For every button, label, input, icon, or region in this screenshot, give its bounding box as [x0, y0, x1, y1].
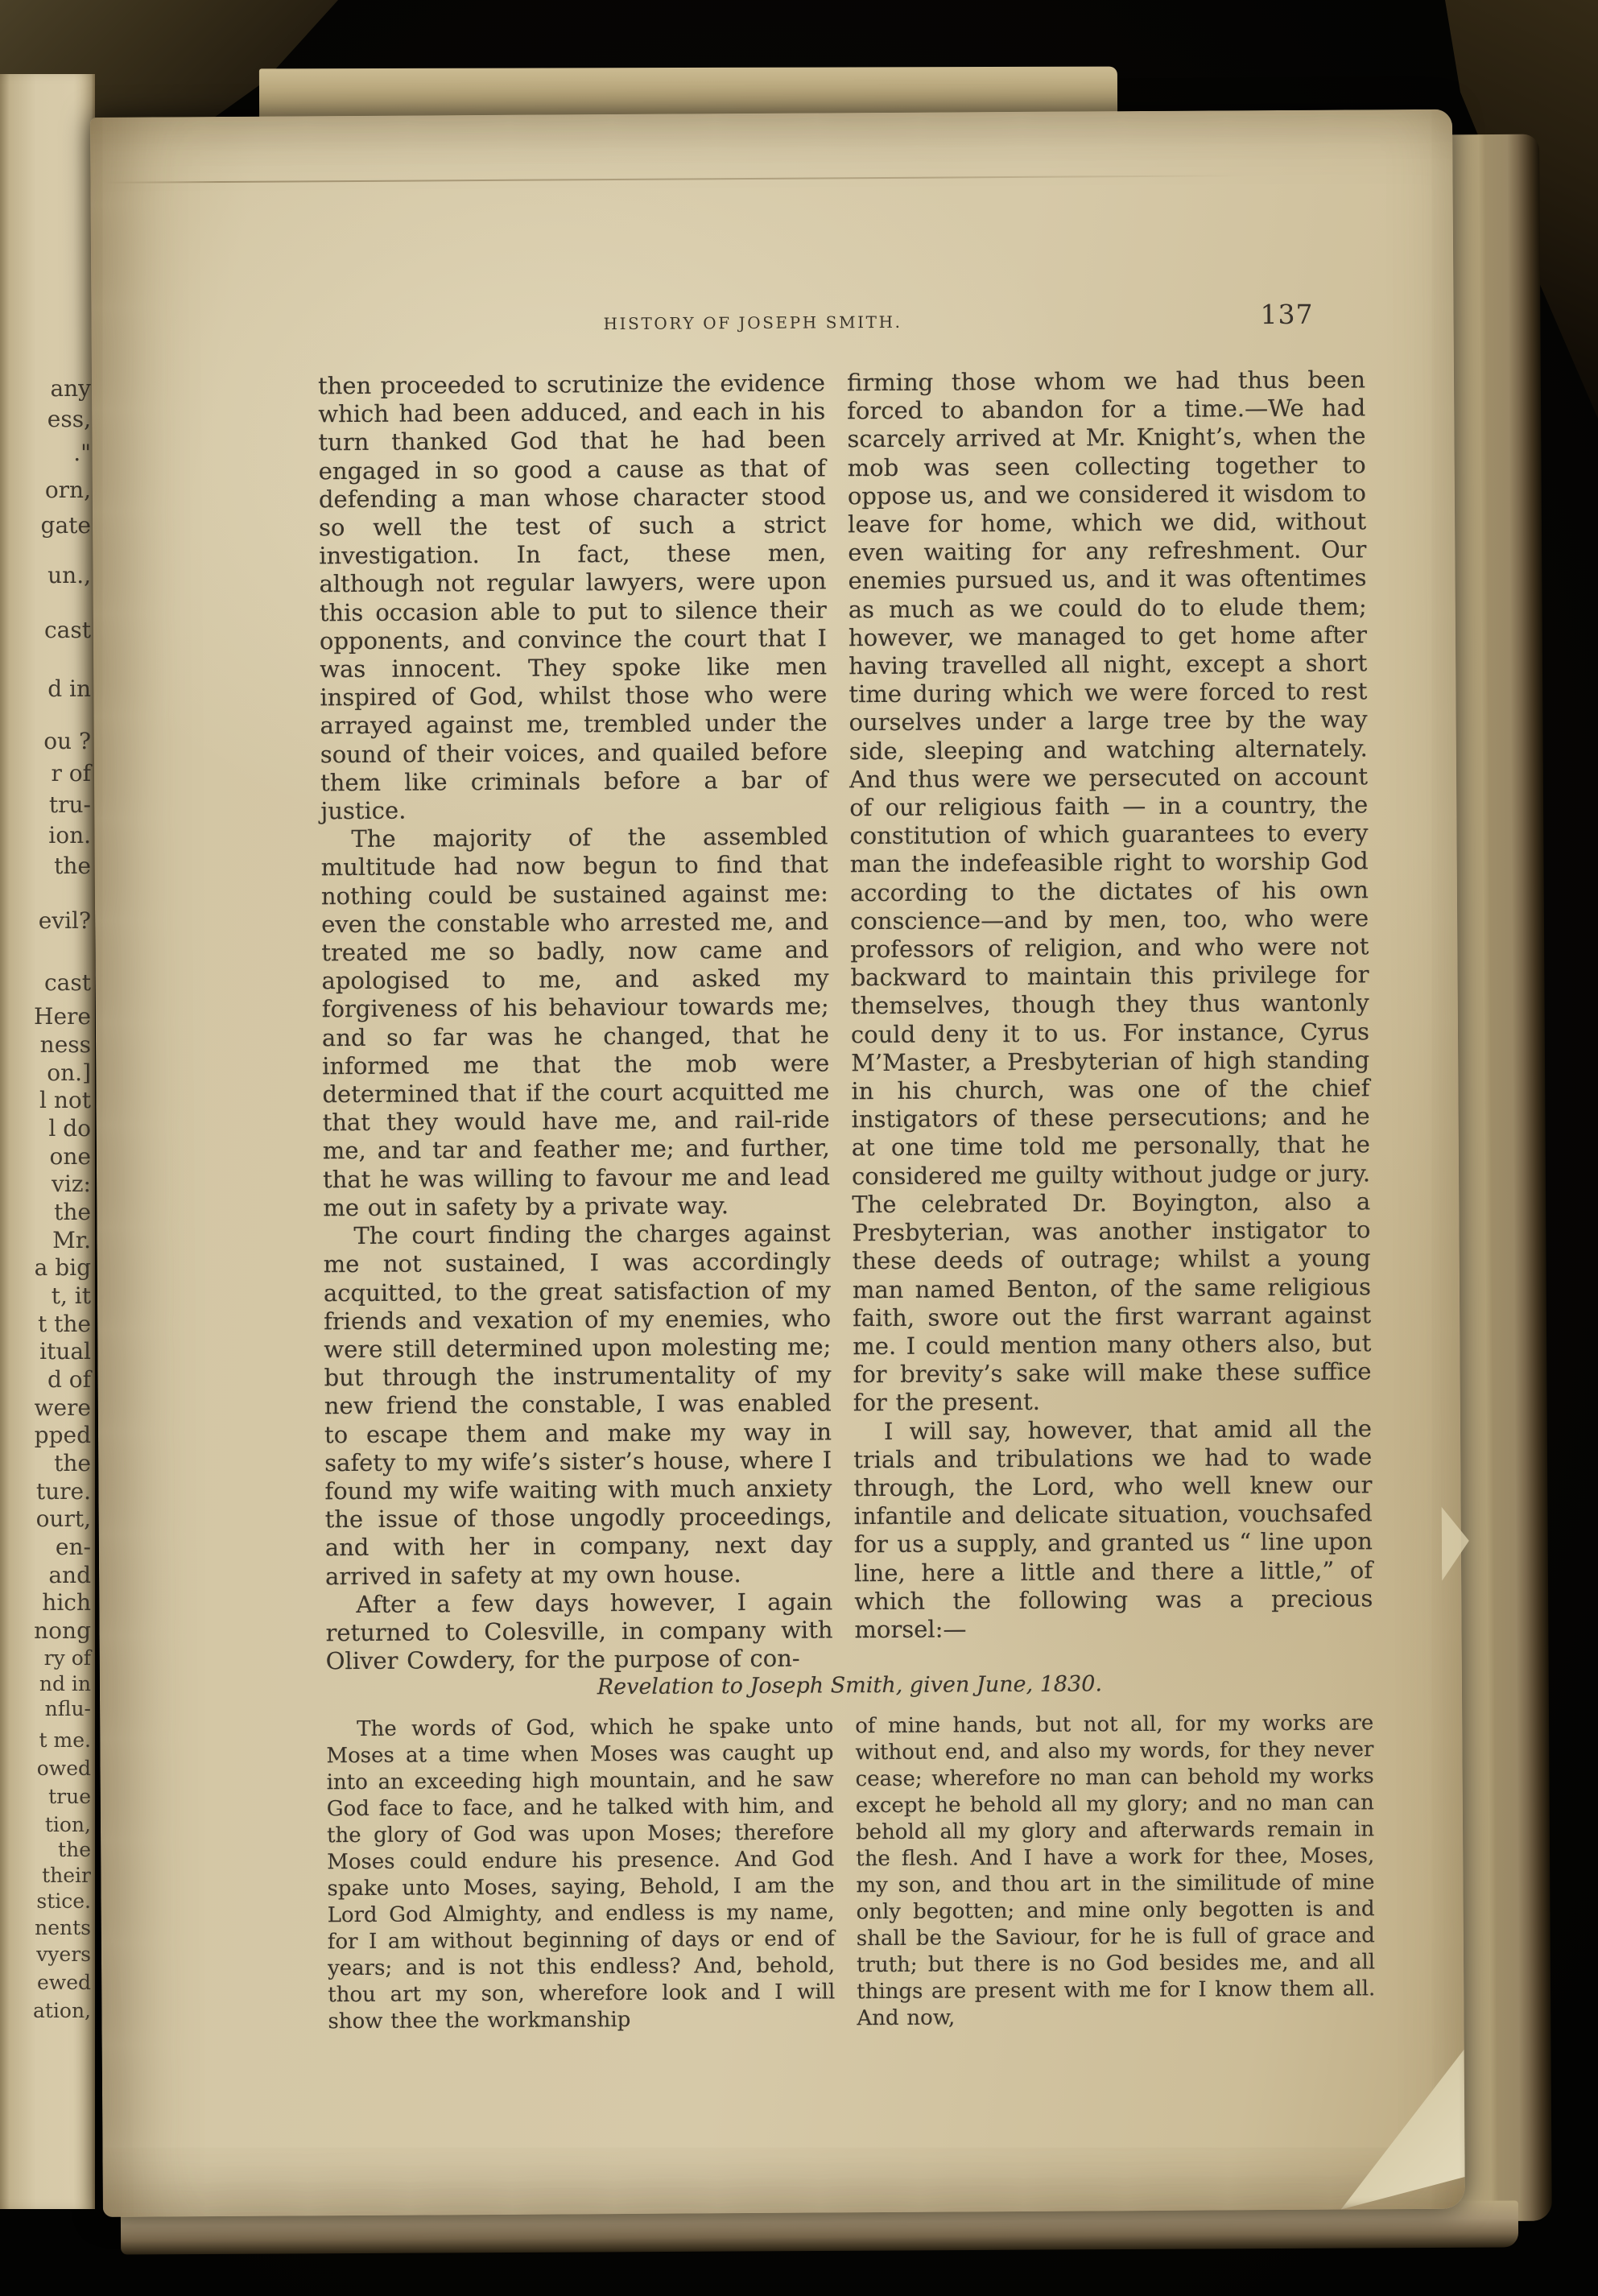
previous-page-text-fragment: the: [0, 1838, 95, 1862]
previous-page-text-fragment: a big: [0, 1256, 95, 1280]
previous-page-text-fragment: cast: [0, 971, 95, 995]
paragraph: I will say, however, that amid all the t…: [853, 1414, 1373, 1645]
previous-page-text-fragment: true: [0, 1785, 95, 1809]
previous-page-text-fragment: Mr.: [0, 1229, 95, 1253]
previous-page-text-fragment: ourt,: [0, 1507, 95, 1531]
page-number: 137: [1260, 299, 1313, 330]
previous-page-text-fragment: d in: [0, 677, 95, 701]
previous-page-text-fragment: ation,: [0, 1999, 95, 2023]
previous-page-text-fragment: vyers: [0, 1943, 95, 1967]
previous-page-text-fragment: and: [0, 1563, 95, 1588]
previous-page-text-fragment: cast: [0, 618, 95, 642]
page-corner-fold: [1332, 2050, 1465, 2210]
previous-page-text-fragment: orn,: [0, 478, 95, 502]
revelation-right-column: of mine hands, but not all, for my works…: [855, 1710, 1375, 2032]
previous-page-text-fragment: tru-: [0, 793, 95, 817]
revelation-heading: Revelation to Joseph Smith, given June, …: [326, 1670, 1373, 1701]
previous-page-text-fragment: .": [0, 441, 95, 465]
revelation-left-column: The words of God, which he spake unto Mo…: [326, 1713, 835, 2035]
previous-page-text-fragment: r of: [0, 762, 95, 786]
previous-page-text-fragment: itual: [0, 1340, 95, 1364]
paragraph: The words of God, which he spake unto Mo…: [326, 1713, 835, 2035]
previous-page-text-fragment: ou ?: [0, 729, 95, 754]
book-photo: { "page": { "running_header": "HISTORY O…: [0, 0, 1598, 2296]
previous-page-text-fragment: Here: [0, 1005, 95, 1029]
previous-page-text-fragment: ess,: [0, 407, 95, 432]
paragraph: of mine hands, but not all, for my works…: [855, 1710, 1375, 2032]
previous-page-text-fragment: the: [0, 1200, 95, 1224]
body-left-column: then proceeded to scrutinize the evidenc…: [318, 369, 833, 1675]
previous-page-text-fragment: d of: [0, 1368, 95, 1392]
previous-page-text-fragment: tion,: [0, 1813, 95, 1837]
previous-page-text-fragment: nong: [0, 1619, 95, 1643]
paragraph: firming those whom we had thus been forc…: [847, 365, 1372, 1417]
previous-page-edge: anyess,."orn,gateun.,castd inou ?r oftru…: [0, 74, 95, 2209]
previous-page-text-fragment: t the: [0, 1312, 95, 1336]
previous-page-text-fragment: their: [0, 1864, 95, 1888]
previous-page-text-fragment: ry of: [0, 1646, 95, 1670]
paragraph: then proceeded to scrutinize the evidenc…: [318, 369, 828, 825]
running-header: HISTORY OF JOSEPH SMITH.: [604, 312, 902, 333]
previous-page-text-fragment: any: [0, 377, 95, 401]
previous-page-text-fragment: pped: [0, 1423, 95, 1447]
previous-page-text-fragment: viz:: [0, 1172, 95, 1196]
paragraph: The court finding the charges against me…: [323, 1220, 832, 1591]
previous-page-text-fragment: ion.: [0, 824, 95, 848]
body-right-column: firming those whom we had thus been forc…: [847, 365, 1373, 1644]
previous-page-text-fragment: l not: [0, 1088, 95, 1113]
paragraph: The majority of the assembled multitude …: [320, 823, 830, 1223]
paragraph: After a few days however, I again return…: [325, 1588, 833, 1675]
previous-page-text-fragment: nflu-: [0, 1697, 95, 1721]
previous-page-text-fragment: ness: [0, 1033, 95, 1057]
previous-page-text-fragment: ture.: [0, 1480, 95, 1504]
previous-page-text-fragment: t, it: [0, 1284, 95, 1308]
book-page: HISTORY OF JOSEPH SMITH. 137 then procee…: [90, 109, 1465, 2217]
previous-page-text-fragment: the: [0, 854, 95, 878]
previous-page-text-fragment: owed: [0, 1757, 95, 1781]
previous-page-text-fragment: evil?: [0, 909, 95, 933]
previous-page-text-fragment: on.]: [0, 1061, 95, 1085]
previous-page-text-fragment: gate: [0, 514, 95, 538]
previous-page-text-fragment: nents: [0, 1916, 95, 1940]
previous-page-text-fragment: the: [0, 1452, 95, 1476]
previous-page-text-fragment: en-: [0, 1535, 95, 1559]
previous-page-text-fragment: hich: [0, 1591, 95, 1615]
previous-page-text-fragment: one: [0, 1145, 95, 1169]
previous-page-text-fragment: nd in: [0, 1672, 95, 1696]
page-crease: [105, 175, 1248, 184]
previous-page-text-fragment: were: [0, 1396, 95, 1420]
previous-page-text-fragment: ewed: [0, 1971, 95, 1995]
previous-page-text-fragment: l do: [0, 1117, 95, 1141]
previous-page-text-fragment: stice.: [0, 1889, 95, 1914]
previous-page-text-fragment: t me.: [0, 1728, 95, 1753]
previous-page-text-fragment: un.,: [0, 564, 95, 588]
